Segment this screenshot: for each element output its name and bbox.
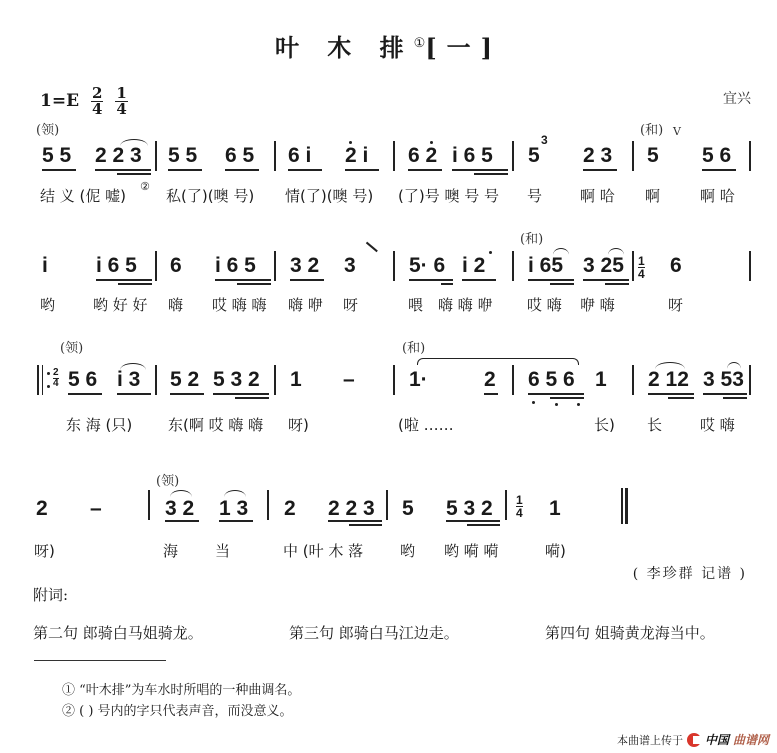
note-group: – [90, 497, 102, 521]
underline [290, 279, 324, 281]
note-group: 2 12 [648, 368, 689, 392]
time-signature-1-4: 14 [115, 86, 127, 117]
note-group: 5 [402, 497, 414, 521]
note-group: 3 2 [290, 254, 319, 278]
underline [118, 283, 152, 285]
lyric: 哎 嗨 嗨 [212, 294, 267, 315]
verse-3: 第三句 郎骑白马江边走。 [289, 622, 459, 643]
role-lead: (领) [60, 337, 83, 356]
note-group: 5 [647, 144, 659, 168]
underline [528, 279, 574, 281]
note-group: 6 [170, 254, 182, 278]
lyric: 呀) [34, 540, 55, 561]
upload-text: 本曲谱上传于 [617, 732, 683, 748]
site-logo-icon [687, 733, 701, 747]
underline [462, 279, 496, 281]
lyric: 啊 哈 [700, 185, 735, 206]
time-change: 14 [638, 255, 645, 280]
lyric: (了)号 噢 号 号 [398, 185, 499, 206]
barline [155, 141, 157, 171]
note-group: 5 [528, 144, 540, 168]
lyric: 当 [215, 540, 230, 561]
lyric: 海 [163, 540, 178, 561]
slur [553, 248, 569, 255]
transcriber-credit: ( 李珍群 记谱 ) [633, 563, 747, 583]
glissando-mark [366, 242, 378, 252]
note-group: 5 5 [168, 144, 197, 168]
note-group: 2 2 3 [328, 497, 375, 521]
underline [42, 169, 76, 171]
time-signature-repeat: 24 [53, 368, 59, 389]
lyric: 结 义 (伲 嘘) [40, 185, 126, 206]
note-group: 2 2 3 [95, 144, 142, 168]
note-group: 5· 6 [409, 254, 445, 278]
lyric: 呀) [288, 414, 309, 435]
lyric: 私(了)(噢 号) [166, 185, 254, 206]
barline [274, 365, 276, 395]
note-group: 2 [284, 497, 296, 521]
lyric: (啦 …… [398, 414, 454, 435]
time-change: 14 [516, 494, 523, 519]
slur [727, 362, 741, 369]
time-signature-2-4: 24 [91, 86, 103, 117]
lyric: 东(啊 哎 嗨 嗨 [168, 414, 263, 435]
lyric: 长 [647, 414, 662, 435]
barline [632, 141, 634, 171]
barline [749, 365, 751, 395]
title-text: 叶 木 排 [275, 33, 414, 62]
brand-name-a: 中国 [705, 731, 729, 748]
lyric: 嗬) [545, 540, 566, 561]
role-chorus: (和) [402, 337, 425, 356]
barline [632, 251, 634, 281]
note-group: 5 3 2 [446, 497, 493, 521]
underline [95, 169, 151, 171]
underline [702, 169, 736, 171]
note-group: 6 5 [225, 144, 254, 168]
underline [474, 173, 508, 175]
lyric: 啊 哈 [580, 185, 615, 206]
octave-dot [349, 141, 352, 144]
lyric: 咿 嗨 [580, 294, 615, 315]
role-chorus: (和) [640, 119, 663, 138]
lyric: 长) [594, 414, 615, 435]
note-group: i [42, 254, 48, 278]
lyric: 哎 嗨 [527, 294, 562, 315]
underline [328, 520, 382, 522]
note-group: 3 2 [165, 497, 194, 521]
lyric: 哟 [40, 294, 55, 315]
underline [408, 169, 442, 171]
breath-mark: V [673, 125, 681, 138]
appendix-label: 附词: [33, 584, 68, 605]
repeat-dot [47, 385, 50, 388]
lyric: 哟 嗬 嗬 [444, 540, 499, 561]
underline [550, 397, 584, 399]
note-group: i 65 [528, 254, 563, 278]
note-group: 2 i [345, 144, 368, 168]
barline [632, 365, 634, 395]
note-group: 1· [409, 368, 428, 392]
key-signature: 1=E 24 14 [40, 86, 128, 117]
underline [288, 169, 322, 171]
footnote-divider [34, 660, 166, 661]
note-group: 5 3 2 [213, 368, 260, 392]
note-group: 6 5 6 [528, 368, 575, 392]
footnote-2: ② ( ) 号内的字只代表声音，而没意义。 [62, 700, 293, 719]
lyric: 哟 [400, 540, 415, 561]
slur [120, 363, 146, 370]
underline [441, 283, 453, 285]
note-group: i 3 [117, 368, 140, 392]
repeat-dot [47, 372, 50, 375]
note-group: 2 [36, 497, 48, 521]
low-octave-dot [577, 403, 580, 406]
lyric: 嗨 [168, 294, 183, 315]
note-group: 3 25 [583, 254, 624, 278]
note-group: 1 [595, 368, 607, 392]
underline [237, 283, 271, 285]
underline [583, 169, 617, 171]
note-group: 3 [344, 254, 356, 278]
footnote-1: ① “叶木排”为车水时所唱的一种曲调名。 [62, 679, 300, 698]
barline [386, 490, 388, 520]
underline [117, 393, 151, 395]
note-group: 5 5 [42, 144, 71, 168]
low-octave-dot [555, 403, 558, 406]
lyric: 嗨 嗨 咿 [438, 294, 493, 315]
barline [512, 251, 514, 281]
repeat-barline-thick [37, 365, 39, 395]
role-chorus: (和) [520, 228, 543, 247]
note-group: 1 [549, 497, 561, 521]
lyric: 东 海 (只) [66, 414, 132, 435]
underline [723, 397, 747, 399]
octave-dot [430, 141, 433, 144]
barline [749, 251, 751, 281]
note-group: 2 [484, 368, 496, 392]
underline [484, 393, 498, 395]
low-octave-dot [532, 401, 535, 404]
note-group: 1 [290, 368, 302, 392]
note-group: i 2 [462, 254, 485, 278]
underline [168, 169, 202, 171]
underline [213, 393, 269, 395]
footnote-mark: ② [140, 180, 150, 193]
underline [165, 520, 199, 522]
final-barline-thin [621, 488, 623, 524]
note-group: 2 3 [583, 144, 612, 168]
region-label: 宜兴 [723, 88, 751, 108]
underline [96, 279, 152, 281]
underline [467, 524, 500, 526]
barline [393, 141, 395, 171]
slur [655, 362, 685, 369]
note-group: 6 [670, 254, 682, 278]
barline [393, 251, 395, 281]
song-title: 叶 木 排①[一] [0, 28, 777, 63]
note-group: i 6 5 [452, 144, 493, 168]
barline [155, 365, 157, 395]
underline [605, 283, 629, 285]
underline [215, 279, 271, 281]
lyric: 哟 好 好 [93, 294, 148, 315]
note-group: 3 53 [703, 368, 744, 392]
lyric: 呀 [343, 294, 358, 315]
note-group: i 6 5 [96, 254, 137, 278]
barline [393, 365, 395, 395]
underline [409, 279, 453, 281]
role-lead: (领) [36, 119, 59, 138]
barline [274, 141, 276, 171]
title-footnote-mark: ① [414, 36, 426, 51]
underline [235, 397, 269, 399]
barline [512, 141, 514, 171]
note-group: 6 i [288, 144, 311, 168]
underline [349, 524, 382, 526]
underline [345, 169, 379, 171]
role-lead: (领) [156, 470, 179, 489]
barline [155, 251, 157, 281]
lyric: 喂 [408, 294, 423, 315]
note-group: 5 6 [68, 368, 97, 392]
final-barline-thick [625, 488, 628, 524]
verse-4: 第四句 姐骑黄龙海当中。 [545, 622, 715, 643]
note-group: 6 2 [408, 144, 437, 168]
upload-badge: 本曲谱上传于 中国曲谱网 [617, 731, 769, 748]
tie-bracket [417, 358, 579, 365]
underline [452, 169, 508, 171]
grace-note: 3 [541, 128, 548, 152]
lyric: 号 [527, 185, 542, 206]
barline [512, 365, 514, 395]
title-suffix: [一] [425, 33, 502, 62]
slur [120, 139, 148, 146]
slur [608, 248, 624, 255]
note-group: – [343, 368, 355, 392]
barline [148, 490, 150, 520]
note-group: 5 6 [702, 144, 731, 168]
repeat-barline-thin [42, 365, 43, 395]
underline [68, 393, 102, 395]
lyric: 中 (叶 木 落 [283, 540, 363, 561]
key-text: 1=E [40, 91, 79, 111]
underline [668, 397, 694, 399]
underline [583, 279, 629, 281]
brand-name-b: 曲谱网 [733, 731, 769, 748]
lyric: 嗨 咿 [288, 294, 323, 315]
slur [224, 490, 246, 497]
slur [170, 490, 192, 497]
lyric: 哎 嗨 [700, 414, 735, 435]
note-group: 5 2 [170, 368, 199, 392]
underline [219, 520, 253, 522]
note-group: i 6 5 [215, 254, 256, 278]
barline [749, 141, 751, 171]
barline [267, 490, 269, 520]
barline [274, 251, 276, 281]
underline [170, 393, 204, 395]
underline [703, 393, 747, 395]
underline [225, 169, 259, 171]
underline [550, 283, 574, 285]
lyric: 啊 [645, 185, 660, 206]
lyric: 情(了)(噢 号) [285, 185, 373, 206]
octave-dot [489, 251, 492, 254]
underline [117, 173, 151, 175]
underline [446, 520, 500, 522]
underline [528, 393, 584, 395]
underline [648, 393, 694, 395]
lyric: 呀 [668, 294, 683, 315]
barline [505, 490, 507, 520]
note-group: 1 3 [219, 497, 248, 521]
verse-2: 第二句 郎骑白马姐骑龙。 [33, 622, 203, 643]
